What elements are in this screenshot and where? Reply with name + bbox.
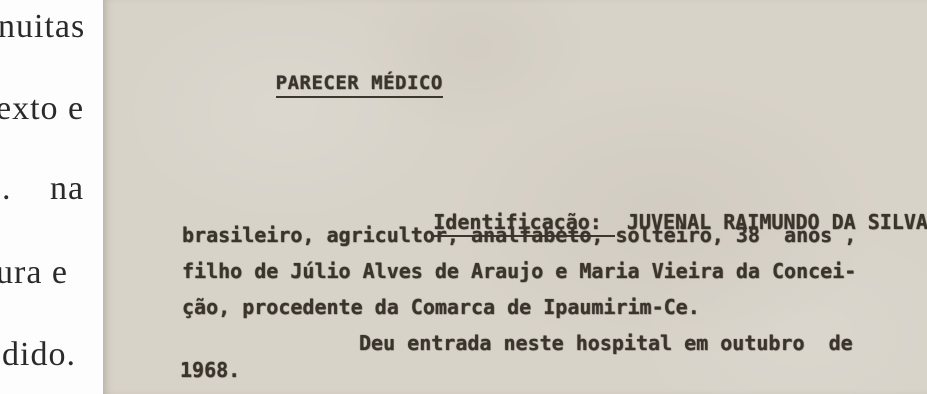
- book-text-fragment: dido.: [2, 338, 76, 372]
- document-line: filho de Júlio Alves de Araujo e Maria V…: [182, 259, 856, 283]
- document-title-text: PARECER MÉDICO: [276, 71, 443, 98]
- document-line: ção, procedente da Comarca de Ipaumirim-…: [182, 295, 700, 319]
- document-line: 1968.: [180, 358, 240, 382]
- document-title: PARECER MÉDICO: [204, 47, 443, 122]
- book-text-stray-mark: .: [2, 172, 12, 206]
- document-line: brasileiro, agricultor, analfabeto, solt…: [182, 223, 856, 247]
- page: nuitas exto e . na ura e dido. PARECER M…: [0, 0, 927, 394]
- scanned-document: PARECER MÉDICO Identificação: JUVENAL RA…: [103, 0, 927, 394]
- book-text-fragment: ura e: [0, 256, 68, 290]
- book-page-margin: nuitas exto e . na ura e dido.: [0, 0, 103, 394]
- book-text-fragment: exto e: [0, 92, 84, 126]
- book-text-fragment: nuitas: [0, 10, 85, 44]
- book-text-fragment: na: [50, 172, 84, 206]
- document-line: Deu entrada neste hospital em outubro de: [359, 331, 853, 355]
